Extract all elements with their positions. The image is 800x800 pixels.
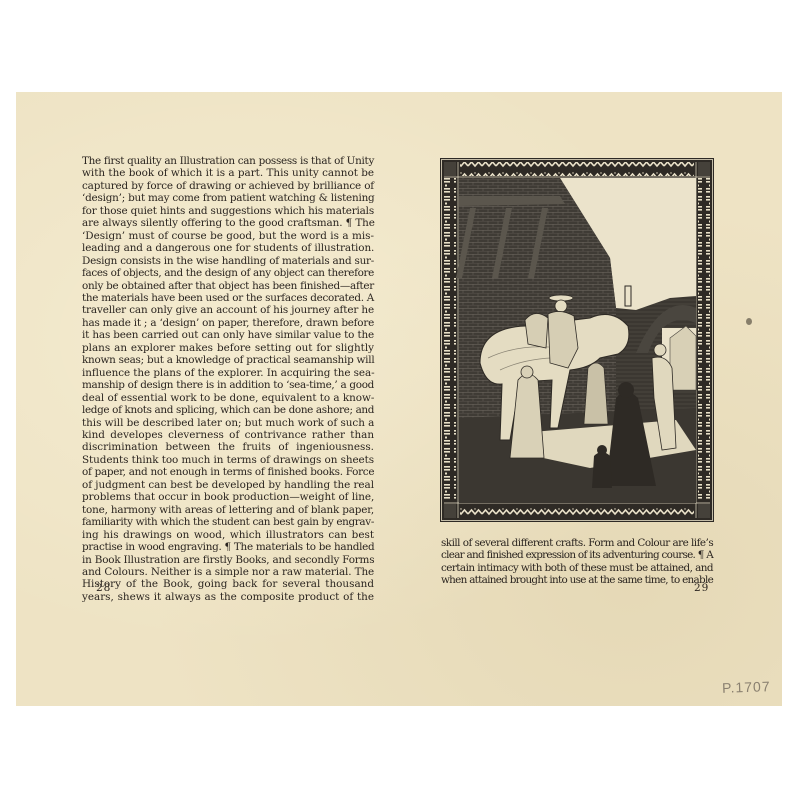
ink-spot: [746, 318, 752, 325]
text-line: of judgment can best be developed by han…: [82, 479, 374, 491]
text-line: leading and a dangerous one for students…: [82, 242, 374, 254]
text-line: ing his drawings on wood, which illustra…: [82, 529, 374, 541]
text-line: and Colours. Neither is a simple nor a r…: [82, 566, 374, 578]
pencil-annotation: P.1707: [722, 678, 771, 696]
text-line: captured by force of drawing or achieved…: [82, 180, 374, 192]
right-page-text: skill of several different crafts. Form …: [441, 537, 713, 587]
text-line: manship of design there is in addition t…: [82, 379, 374, 391]
text-line: for those quiet hints and suggestions wh…: [82, 205, 374, 217]
page-number-right: 29: [694, 582, 709, 594]
text-line: certain intimacy with both of these must…: [441, 562, 713, 574]
text-line: discrimination between the fruits of ing…: [82, 441, 374, 453]
text-line: are always silently offering to the good…: [82, 217, 374, 229]
text-line: in Book Illustration are firstly Books, …: [82, 554, 374, 566]
text-line: tone, harmony with areas of lettering an…: [82, 504, 374, 516]
text-line: years, shews it always as the composite …: [82, 591, 374, 603]
text-line: ‘design’; but may come from patient watc…: [82, 192, 374, 204]
text-line: kind developes cleverness of contrivance…: [82, 429, 374, 441]
text-line: practise in wood engraving. ¶ The materi…: [82, 541, 374, 553]
text-line: with the book of which it is a part. Thi…: [82, 167, 374, 179]
text-line: clear and finished expression of its adv…: [441, 549, 713, 561]
text-line: when attained brought into use at the sa…: [441, 574, 713, 586]
wood-engraving-illustration: [440, 158, 714, 522]
text-line: known seas; but a knowledge of practical…: [82, 354, 374, 366]
text-line: traveller can only give an account of hi…: [82, 304, 374, 316]
text-line: this will be described later on; but muc…: [82, 417, 374, 429]
text-line: History of the Book, going back for seve…: [82, 578, 374, 590]
text-line: Students think too much in terms of draw…: [82, 454, 374, 466]
page-number-left: 28: [96, 582, 111, 594]
text-line: has made it ; a ‘design’ on paper, there…: [82, 317, 374, 329]
text-line: Design consists in the wise handling of …: [82, 255, 374, 267]
text-line: The first quality an Illustration can po…: [82, 155, 374, 167]
left-page-text: The first quality an Illustration can po…: [82, 155, 374, 603]
text-line: influence the plans of the explorer. In …: [82, 367, 374, 379]
text-line: plans an explorer makes before setting o…: [82, 342, 374, 354]
text-line: only be obtained after that object has b…: [82, 280, 374, 292]
text-line: ledge of knots and splicing, which can b…: [82, 404, 374, 416]
text-line: familiarity with which the student can b…: [82, 516, 374, 528]
text-line: deal of essential work to be done, equiv…: [82, 392, 374, 404]
text-line: skill of several different crafts. Form …: [441, 537, 713, 549]
text-line: ‘Design’ must of course be good, but the…: [82, 230, 374, 242]
text-line: the materials have been used or the surf…: [82, 292, 374, 304]
text-line: problems that occur in book production—w…: [82, 491, 374, 503]
text-line: of paper, and not enough in terms of fin…: [82, 466, 374, 478]
text-line: faces of objects, and the design of any …: [82, 267, 374, 279]
text-line: it has been carried out can only have si…: [82, 329, 374, 341]
